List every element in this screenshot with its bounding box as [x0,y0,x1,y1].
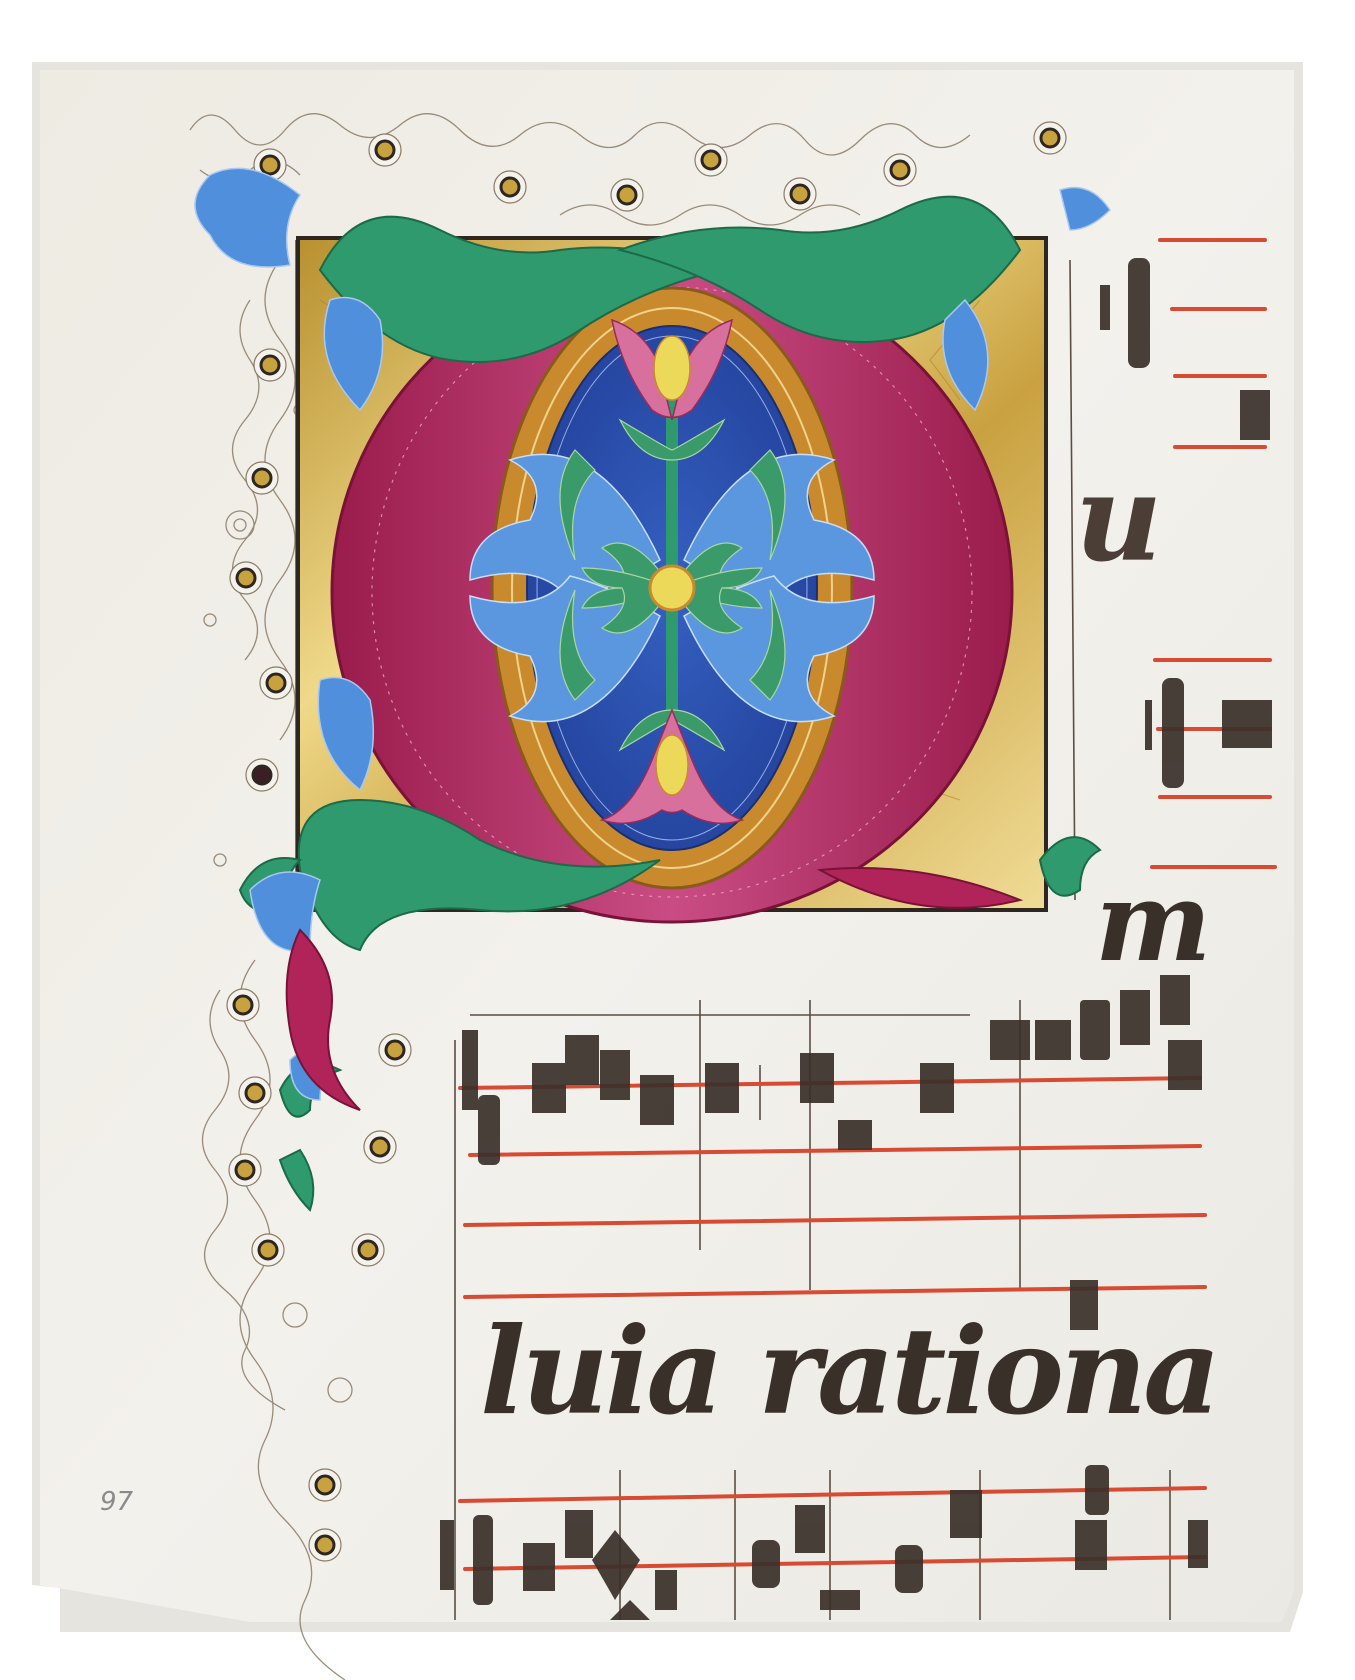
folio-number: 97 [100,1487,134,1517]
lyric-fragment-top: u [1075,448,1162,589]
lyric-line-alleluia: luia rationa [480,1301,1217,1442]
manuscript-leaf: luia rationa u m 97 [0,0,1355,1680]
lyric-fragment-mid: m [1095,857,1211,986]
